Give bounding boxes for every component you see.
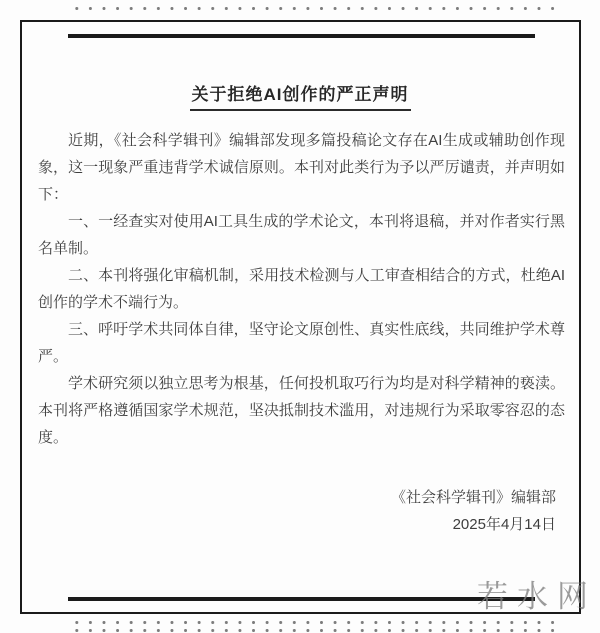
signature-line: 《社会科学辑刊》编辑部: [391, 484, 556, 511]
perforation-dots-bottom-row1: [70, 620, 562, 625]
title-container: 关于拒绝AI创作的严正声明: [0, 80, 600, 111]
watermark-text: 若水网: [477, 580, 597, 614]
paragraph-item-1: 一、一经查实对使用AI工具生成的学术论文，本刊将退稿，并对作者实行黑名单制。: [38, 208, 565, 262]
perforation-dots-bottom-row2: [70, 628, 562, 633]
paragraph-intro: 近期，《社会科学辑刊》编辑部发现多篇投稿论文存在AI生成或辅助创作现象，这一现象…: [38, 127, 565, 208]
top-divider-rule: [68, 34, 535, 38]
signature-block: 《社会科学辑刊》编辑部 2025年4月14日: [391, 484, 556, 538]
statement-body: 近期，《社会科学辑刊》编辑部发现多篇投稿论文存在AI生成或辅助创作现象，这一现象…: [38, 127, 565, 451]
perforation-dots-top: [70, 6, 562, 11]
paragraph-closing: 学术研究须以独立思考为根基，任何投机取巧行为均是对科学精神的亵渎。本刊将严格遵循…: [38, 370, 565, 451]
paragraph-item-3: 三、呼吁学术共同体自律，坚守论文原创性、真实性底线，共同维护学术尊严。: [38, 316, 565, 370]
paragraph-item-2: 二、本刊将强化审稿机制，采用技术检测与人工审查相结合的方式，杜绝AI创作的学术不…: [38, 262, 565, 316]
page-title: 关于拒绝AI创作的严正声明: [190, 80, 411, 111]
statement-page: { "page": { "background": "#fdfdfd", "bo…: [0, 0, 600, 633]
bottom-divider-rule: [68, 597, 535, 601]
date-line: 2025年4月14日: [391, 511, 556, 538]
